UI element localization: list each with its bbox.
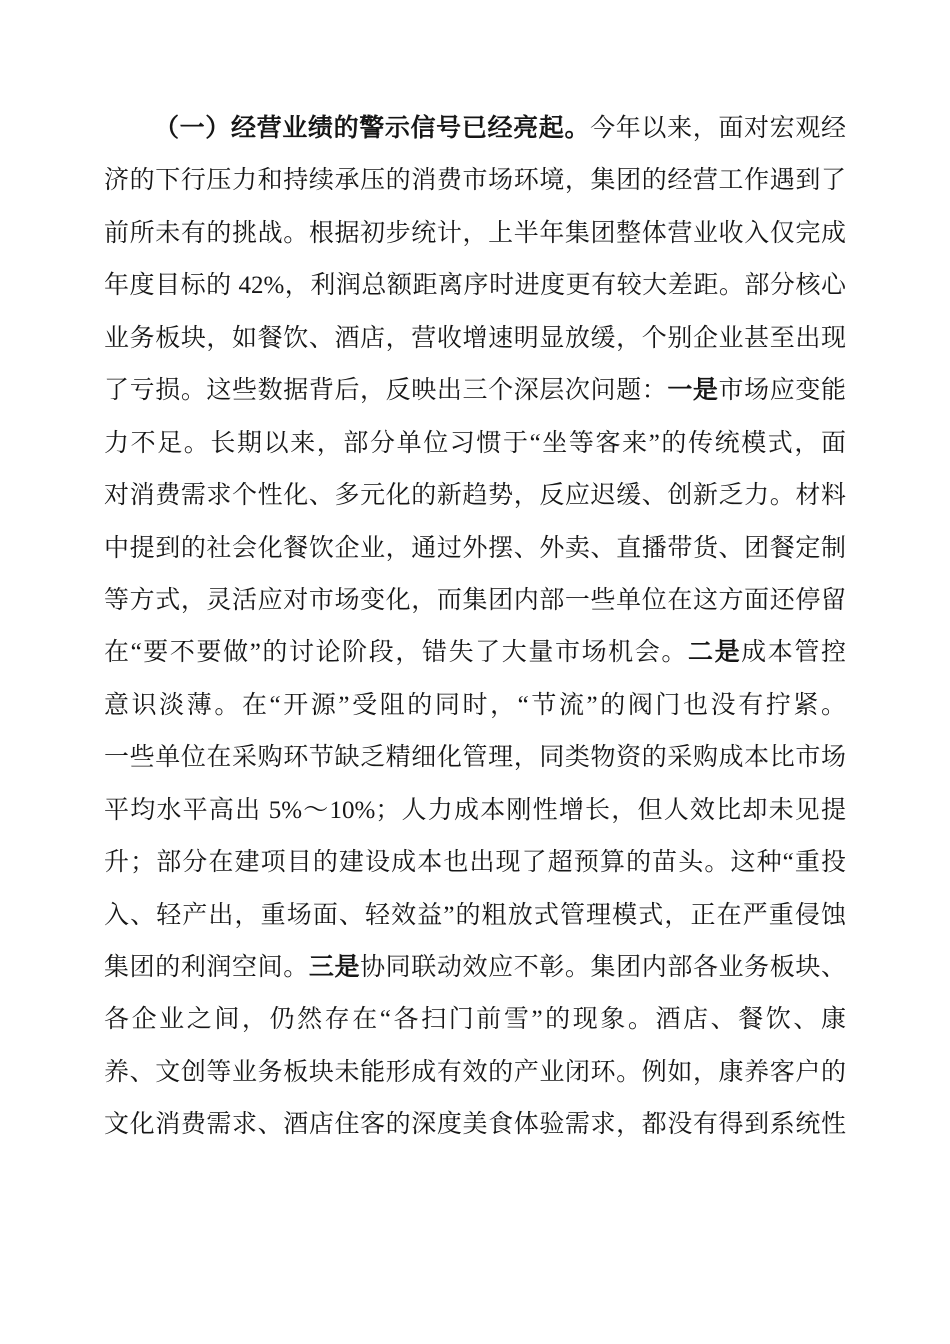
text-run: 业务板块，如餐饮、酒店，营收增速明显放缓，个别企业甚至出现 (104, 325, 846, 352)
text-run: 济的下行压力和持续承压的消费市场环境，集团的经营工作遇到了 (104, 167, 846, 194)
text-run-bold: 三是 (309, 954, 360, 981)
text-run: 成本管控 (741, 639, 846, 666)
text-run: 一些单位在采购环节缺乏精细化管理，同类物资的采购成本比市场 (104, 744, 846, 771)
text-run: 中提到的社会化餐饮企业，通过外摆、外卖、直播带货、团餐定制 (104, 535, 846, 562)
text-line: 平均水平高出 5%～10%；人力成本刚性增长，但人效比却未见提 (104, 785, 846, 837)
document-page: （一）经营业绩的警示信号已经亮起。今年以来，面对宏观经济的下行压力和持续承压的消… (0, 0, 950, 1344)
text-run: 力不足。长期以来，部分单位习惯于“坐等客来”的传统模式，面 (104, 430, 846, 457)
text-line: 意识淡薄。在“开源”受阻的同时，“节流”的阀门也没有拧紧。 (104, 680, 846, 732)
text-line: 养、文创等业务板块未能形成有效的产业闭环。例如，康养客户的 (104, 1047, 846, 1099)
text-line: 中提到的社会化餐饮企业，通过外摆、外卖、直播带货、团餐定制 (104, 523, 846, 575)
text-run: 集团的利润空间。 (104, 954, 309, 981)
text-run-bold: 一是 (667, 377, 718, 404)
text-run-bold: 二是 (688, 639, 741, 666)
text-run: 平均水平高出 5%～10%；人力成本刚性增长，但人效比却未见提 (104, 797, 846, 824)
text-run: 意识淡薄。在“开源”受阻的同时，“节流”的阀门也没有拧紧。 (104, 692, 846, 719)
text-line: 集团的利润空间。三是协同联动效应不彰。集团内部各业务板块、 (104, 942, 846, 994)
text-run-bold: （一）经营业绩的警示信号已经亮起。 (154, 115, 590, 142)
text-line: （一）经营业绩的警示信号已经亮起。今年以来，面对宏观经 (104, 103, 846, 155)
text-run: 协同联动效应不彰。集团内部各业务板块、 (360, 954, 846, 981)
text-line: 了亏损。这些数据背后，反映出三个深层次问题：一是市场应变能 (104, 365, 846, 417)
text-line: 升；部分在建项目的建设成本也出现了超预算的苗头。这种“重投 (104, 837, 846, 889)
text-line: 前所未有的挑战。根据初步统计，上半年集团整体营业收入仅完成 (104, 208, 846, 260)
text-run: 市场应变能 (719, 377, 846, 404)
text-line: 各企业之间，仍然存在“各扫门前雪”的现象。酒店、餐饮、康 (104, 994, 846, 1046)
text-run: 等方式，灵活应对市场变化，而集团内部一些单位在这方面还停留 (104, 587, 846, 614)
text-line: 等方式，灵活应对市场变化，而集团内部一些单位在这方面还停留 (104, 575, 846, 627)
text-run: 对消费需求个性化、多元化的新趋势，反应迟缓、创新乏力。材料 (104, 482, 846, 509)
text-run: 了亏损。这些数据背后，反映出三个深层次问题： (104, 377, 667, 404)
text-run: 在“要不要做”的讨论阶段，错失了大量市场机会。 (104, 639, 688, 666)
text-run: 养、文创等业务板块未能形成有效的产业闭环。例如，康养客户的 (104, 1059, 846, 1086)
text-line: 年度目标的 42%，利润总额距离序时进度更有较大差距。部分核心 (104, 260, 846, 312)
body-paragraph: （一）经营业绩的警示信号已经亮起。今年以来，面对宏观经济的下行压力和持续承压的消… (104, 103, 846, 1152)
text-run: 各企业之间，仍然存在“各扫门前雪”的现象。酒店、餐饮、康 (104, 1006, 846, 1033)
text-line: 济的下行压力和持续承压的消费市场环境，集团的经营工作遇到了 (104, 155, 846, 207)
text-line: 文化消费需求、酒店住客的深度美食体验需求，都没有得到系统性 (104, 1099, 846, 1151)
text-line: 一些单位在采购环节缺乏精细化管理，同类物资的采购成本比市场 (104, 732, 846, 784)
text-run: 前所未有的挑战。根据初步统计，上半年集团整体营业收入仅完成 (104, 220, 846, 247)
text-run: 文化消费需求、酒店住客的深度美食体验需求，都没有得到系统性 (104, 1111, 846, 1138)
text-line: 业务板块，如餐饮、酒店，营收增速明显放缓，个别企业甚至出现 (104, 313, 846, 365)
text-run: 入、轻产出，重场面、轻效益”的粗放式管理模式，正在严重侵蚀 (104, 902, 846, 929)
text-run: 年度目标的 42%，利润总额距离序时进度更有较大差距。部分核心 (104, 272, 846, 299)
text-run: 升；部分在建项目的建设成本也出现了超预算的苗头。这种“重投 (104, 849, 846, 876)
text-line: 力不足。长期以来，部分单位习惯于“坐等客来”的传统模式，面 (104, 418, 846, 470)
text-run: 今年以来，面对宏观经 (590, 115, 846, 142)
text-line: 在“要不要做”的讨论阶段，错失了大量市场机会。二是成本管控 (104, 627, 846, 679)
text-line: 入、轻产出，重场面、轻效益”的粗放式管理模式，正在严重侵蚀 (104, 890, 846, 942)
text-line: 对消费需求个性化、多元化的新趋势，反应迟缓、创新乏力。材料 (104, 470, 846, 522)
